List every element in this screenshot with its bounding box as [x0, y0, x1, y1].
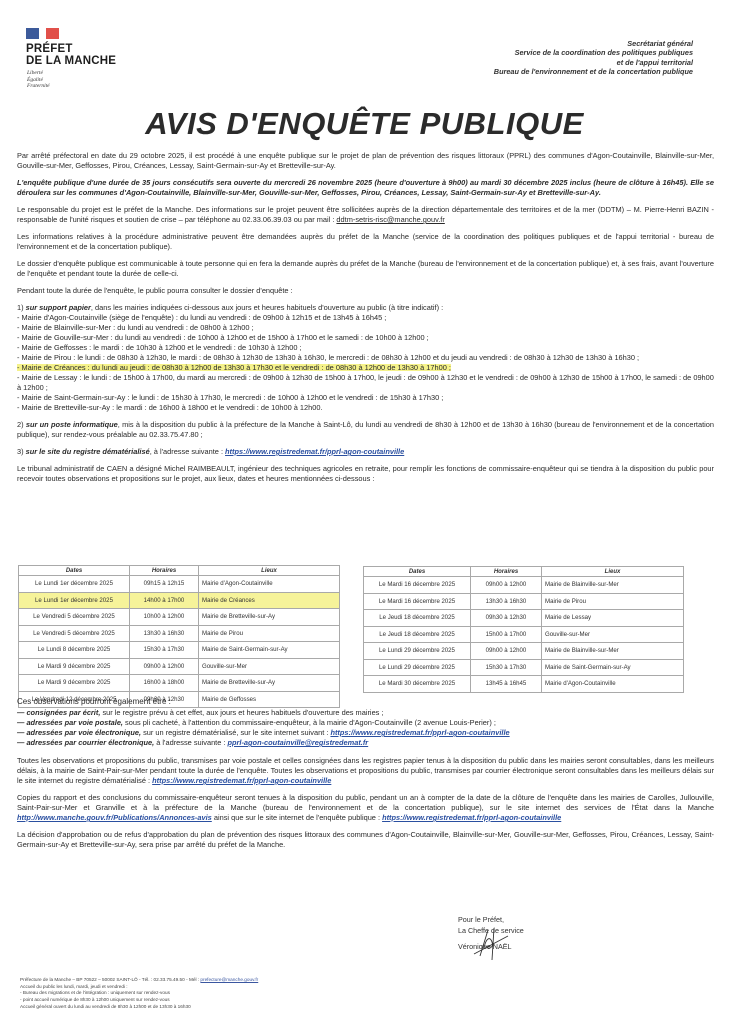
service-block: Secrétariat général Service de la coordi…: [494, 39, 693, 76]
logo-line-1: PRÉFET: [26, 43, 116, 55]
cell-lieu: Mairie de Bretteville-sur-Ay: [199, 675, 340, 692]
cell-date: Le Vendredi 5 décembre 2025: [19, 609, 130, 626]
table-row: Le Mardi 16 décembre 202509h00 à 12h00Ma…: [364, 577, 684, 594]
cell-horaires: 15h30 à 17h30: [471, 659, 542, 676]
cell-horaires: 09h15 à 12h15: [130, 576, 199, 593]
paragraph-consultation: Pendant toute la durée de l'enquête, le …: [17, 286, 714, 296]
prefecture-email-link[interactable]: prefecture@manche.gouv.fr: [200, 977, 258, 982]
cell-lieu: Mairie de Lessay: [542, 610, 684, 627]
item-paper-support: 1) sur support papier, dans les mairies …: [17, 303, 714, 313]
observation-text: sous pli cacheté, à l'attention du commi…: [123, 718, 496, 727]
item-label: sur support papier: [26, 303, 91, 312]
cell-date: Le Mardi 16 décembre 2025: [364, 593, 471, 610]
copies-text-mid: ainsi que sur le site internet de l'enqu…: [212, 813, 382, 822]
item-text: , à l'adresse suivante :: [150, 447, 225, 456]
paragraph-dossier: Le dossier d'enquête publique est commun…: [17, 259, 714, 279]
table-row: Le Vendredi 5 décembre 202510h00 à 12h00…: [19, 609, 340, 626]
mairie-hours-text: - Mairie de Lessay : le lundi : de 15h00…: [17, 373, 714, 392]
mairie-hours-text: - Mairie de Bretteville-sur-Ay : le mard…: [17, 403, 323, 412]
handwritten-signature-icon: [472, 926, 512, 962]
cell-date: Le Vendredi 5 décembre 2025: [19, 625, 130, 642]
item-label: sur un poste informatique: [26, 420, 118, 429]
column-header-lieux: Lieux: [542, 567, 684, 577]
marianne-flag-logo: [26, 28, 58, 39]
mairie-hours-item: - Mairie de Geffosses : le mardi : de 10…: [17, 343, 714, 353]
cell-horaires: 10h00 à 12h00: [130, 609, 199, 626]
table-row: Le Jeudi 18 décembre 202509h30 à 12h30Ma…: [364, 610, 684, 627]
observation-label: — consignées par écrit,: [17, 708, 100, 717]
table-row: Le Mardi 9 décembre 202509h00 à 12h00Gou…: [19, 658, 340, 675]
registre-link[interactable]: https://www.registredemat.fr/pprl-agon-c…: [152, 776, 331, 785]
observation-link[interactable]: pprl-agon-coutainville@registredemat.fr: [228, 738, 369, 747]
column-header-dates: Dates: [19, 566, 130, 576]
mairie-hours-item: - Mairie de Blainville-sur-Mer : du lund…: [17, 323, 714, 333]
cell-date: Le Mardi 9 décembre 2025: [19, 675, 130, 692]
observation-label: — adressées par voie électronique,: [17, 728, 141, 737]
column-header-horaires: Horaires: [471, 567, 542, 577]
table-row: Le Mardi 30 décembre 202513h45 à 16h45Ma…: [364, 676, 684, 693]
cell-date: Le Lundi 29 décembre 2025: [364, 659, 471, 676]
cell-horaires: 15h30 à 17h30: [130, 642, 199, 659]
table-row: Le Jeudi 18 décembre 202515h00 à 17h00Go…: [364, 626, 684, 643]
mairie-hours-item: - Mairie de Pirou : le lundi : de 08h30 …: [17, 353, 714, 363]
cell-horaires: 13h30 à 16h30: [130, 625, 199, 642]
footer-contact: Préfecture de la Manche – BP 70522 – 500…: [20, 977, 258, 1011]
item-computer-station: 2) sur un poste informatique, mis à la d…: [17, 420, 714, 440]
mairie-hours-item: - Mairie de Bretteville-sur-Ay : le mard…: [17, 403, 714, 413]
cell-lieu: Mairie de Saint-Germain-sur-Ay: [199, 642, 340, 659]
cell-lieu: Mairie de Créances: [199, 592, 340, 609]
cell-horaires: 15h00 à 17h00: [471, 626, 542, 643]
table-row: Le Mardi 16 décembre 202513h30 à 16h30Ma…: [364, 593, 684, 610]
cell-lieu: Mairie d'Agon-Coutainville: [542, 676, 684, 693]
cell-date: Le Mardi 16 décembre 2025: [364, 577, 471, 594]
cell-date: Le Lundi 1er décembre 2025: [19, 576, 130, 593]
paragraph-decision: La décision d'approbation ou de refus d'…: [17, 830, 714, 850]
table-row: Le Lundi 1er décembre 202514h00 à 17h00M…: [19, 592, 340, 609]
cell-horaires: 09h00 à 12h00: [471, 643, 542, 660]
item-number: 2): [17, 420, 26, 429]
ddtm-email-link[interactable]: ddtm-setris-risc@manche.gouv.fr: [336, 215, 444, 224]
observations-list: — consignées par écrit, sur le registre …: [17, 708, 714, 748]
item-text: , dans les mairies indiquées ci-dessous …: [91, 303, 443, 312]
observation-item: — adressées par voie électronique, sur u…: [17, 728, 714, 738]
permanences-table-right: Dates Horaires Lieux Le Mardi 16 décembr…: [363, 566, 684, 693]
observation-item: — adressées par voie postale, sous pli c…: [17, 718, 714, 728]
observation-label: — adressées par courrier électronique,: [17, 738, 154, 747]
cell-horaires: 09h00 à 12h00: [130, 658, 199, 675]
cell-horaires: 09h00 à 12h00: [471, 577, 542, 594]
service-line: Secrétariat général: [494, 39, 693, 48]
notice-body: Par arrêté préfectoral en date du 29 oct…: [17, 151, 714, 491]
mairie-hours-item: - Mairie de Saint-Germain-sur-Ay : le lu…: [17, 393, 714, 403]
cell-date: Le Lundi 8 décembre 2025: [19, 642, 130, 659]
table-row: Le Lundi 8 décembre 202515h30 à 17h30Mai…: [19, 642, 340, 659]
table-row: Le Mardi 9 décembre 202516h00 à 18h00Mai…: [19, 675, 340, 692]
column-header-lieux: Lieux: [199, 566, 340, 576]
observation-text: sur le registre prévu à cet effet, aux j…: [100, 708, 383, 717]
table-row: Le Lundi 29 décembre 202515h30 à 17h30Ma…: [364, 659, 684, 676]
cell-date: Le Jeudi 18 décembre 2025: [364, 610, 471, 627]
table-row: Le Lundi 29 décembre 202509h00 à 12h00Ma…: [364, 643, 684, 660]
service-line: Service de la coordination des politique…: [494, 48, 693, 57]
footer-hours: - point accueil numérique de 8h30 à 12h0…: [20, 997, 258, 1004]
observation-item: — consignées par écrit, sur le registre …: [17, 708, 714, 718]
cell-horaires: 09h30 à 12h30: [471, 610, 542, 627]
item-number: 3): [17, 447, 26, 456]
item-online-register: 3) sur le site du registre dématérialisé…: [17, 447, 714, 457]
cell-date: Le Lundi 29 décembre 2025: [364, 643, 471, 660]
service-line: et de l'appui territorial: [494, 58, 693, 67]
footer-hours: Accueil du public les lundi, mardi, jeud…: [20, 984, 258, 991]
observation-item: — adressées par courrier électronique, à…: [17, 738, 714, 748]
observation-text: sur un registre dématérialisé, sur le si…: [141, 728, 330, 737]
cell-lieu: Mairie de Pirou: [542, 593, 684, 610]
mairie-hours-text: - Mairie d'Agon-Coutainville (siège de l…: [17, 313, 386, 322]
cell-lieu: Mairie d'Agon-Coutainville: [199, 576, 340, 593]
prefecture-name: PRÉFET DE LA MANCHE: [26, 43, 116, 67]
mairie-hours-text: - Mairie de Gouville-sur-Mer : du lundi …: [17, 333, 429, 342]
footer-hours: - Bureau des migrations et de l'intégrat…: [20, 990, 258, 997]
service-line: Bureau de l'environnement et de la conce…: [494, 67, 693, 76]
mairie-hours-text: - Mairie de Saint-Germain-sur-Ay : le lu…: [17, 393, 443, 402]
observation-link[interactable]: https://www.registredemat.fr/pprl-agon-c…: [330, 728, 509, 737]
copies-text: Copies du rapport et des conclusions du …: [17, 793, 714, 812]
cell-date: Le Lundi 1er décembre 2025: [19, 592, 130, 609]
cell-date: Le Mardi 9 décembre 2025: [19, 658, 130, 675]
paragraph-commissioner: Le tribunal administratif de CAEN a dési…: [17, 464, 714, 484]
mairie-hours-text: - Mairie de Geffosses : le mardi : de 10…: [17, 343, 302, 352]
column-header-horaires: Horaires: [130, 566, 199, 576]
observation-label: — adressées par voie postale,: [17, 718, 123, 727]
registre-link[interactable]: https://www.registredemat.fr/pprl-agon-c…: [225, 447, 404, 456]
cell-date: Le Jeudi 18 décembre 2025: [364, 626, 471, 643]
cell-lieu: Gouville-sur-Mer: [199, 658, 340, 675]
mairie-hours-text: - Mairie de Pirou : le lundi : de 08h30 …: [17, 353, 639, 362]
flag-red-block: [46, 28, 59, 39]
motto-fraternite: Fraternité: [27, 83, 50, 90]
paragraph-responsible: Le responsable du projet est le préfet d…: [17, 205, 714, 225]
republic-motto: Liberté Égalité Fraternité: [27, 70, 50, 90]
mairie-hours-item: - Mairie de Créances : du lundi au jeudi…: [17, 363, 714, 373]
flag-blue-block: [26, 28, 39, 39]
mairie-hours-item: - Mairie de Gouville-sur-Mer : du lundi …: [17, 333, 714, 343]
paragraph-duration: L'enquête publique d'une durée de 35 jou…: [17, 178, 714, 198]
cell-horaires: 14h00 à 17h00: [130, 592, 199, 609]
table-row: Le Vendredi 5 décembre 202513h30 à 16h30…: [19, 625, 340, 642]
cell-lieu: Mairie de Bretteville-sur-Ay: [199, 609, 340, 626]
cell-horaires: 13h45 à 16h45: [471, 676, 542, 693]
cell-lieu: Mairie de Blainville-sur-Mer: [542, 643, 684, 660]
manche-gouv-link[interactable]: http://www.manche.gouv.fr/Publications/A…: [17, 813, 212, 822]
observation-text: à l'adresse suivante :: [154, 738, 227, 747]
column-header-dates: Dates: [364, 567, 471, 577]
cell-lieu: Mairie de Pirou: [199, 625, 340, 642]
notice-body-lower: Ces observations pourront également être…: [17, 697, 714, 857]
cell-lieu: Gouville-sur-Mer: [542, 626, 684, 643]
cell-lieu: Mairie de Blainville-sur-Mer: [542, 577, 684, 594]
item-label: sur le site du registre dématérialisé: [26, 447, 150, 456]
footer-address-text: Préfecture de la Manche – BP 70522 – 500…: [20, 977, 200, 982]
observations-intro: Ces observations pourront également être…: [17, 697, 714, 707]
table-row: Le Lundi 1er décembre 202509h15 à 12h15M…: [19, 576, 340, 593]
mairie-hours-item: - Mairie de Lessay : le lundi : de 15h00…: [17, 373, 714, 393]
paragraph-procedure-info: Les informations relatives à la procédur…: [17, 232, 714, 252]
mairies-list: - Mairie d'Agon-Coutainville (siège de l…: [17, 313, 714, 413]
cell-horaires: 16h00 à 18h00: [130, 675, 199, 692]
registre-link[interactable]: https://www.registredemat.fr/pprl-agon-c…: [382, 813, 561, 822]
page-title: AVIS D'ENQUÊTE PUBLIQUE: [0, 106, 729, 142]
observations-text: Toutes les observations et propositions …: [17, 756, 714, 785]
mairie-hours-item: - Mairie d'Agon-Coutainville (siège de l…: [17, 313, 714, 323]
cell-date: Le Mardi 30 décembre 2025: [364, 676, 471, 693]
cell-horaires: 13h30 à 16h30: [471, 593, 542, 610]
mairie-hours-text: - Mairie de Créances : du lundi au jeudi…: [17, 363, 451, 372]
paragraph-copies: Copies du rapport et des conclusions du …: [17, 793, 714, 823]
paragraph-consultation-observations: Toutes les observations et propositions …: [17, 756, 714, 786]
logo-line-2: DE LA MANCHE: [26, 55, 116, 67]
permanences-table-left: Dates Horaires Lieux Le Lundi 1er décemb…: [18, 565, 340, 708]
cell-lieu: Mairie de Saint-Germain-sur-Ay: [542, 659, 684, 676]
footer-address: Préfecture de la Manche – BP 70522 – 500…: [20, 977, 258, 984]
signature-line: Pour le Préfet,: [458, 914, 524, 925]
item-text: , mis à la disposition du public à la pr…: [17, 420, 714, 439]
item-number: 1): [17, 303, 26, 312]
paragraph-decree: Par arrêté préfectoral en date du 29 oct…: [17, 151, 714, 171]
mairie-hours-text: - Mairie de Blainville-sur-Mer : du lund…: [17, 323, 254, 332]
footer-hours: Accueil général ouvert du lundi au vendr…: [20, 1004, 258, 1011]
